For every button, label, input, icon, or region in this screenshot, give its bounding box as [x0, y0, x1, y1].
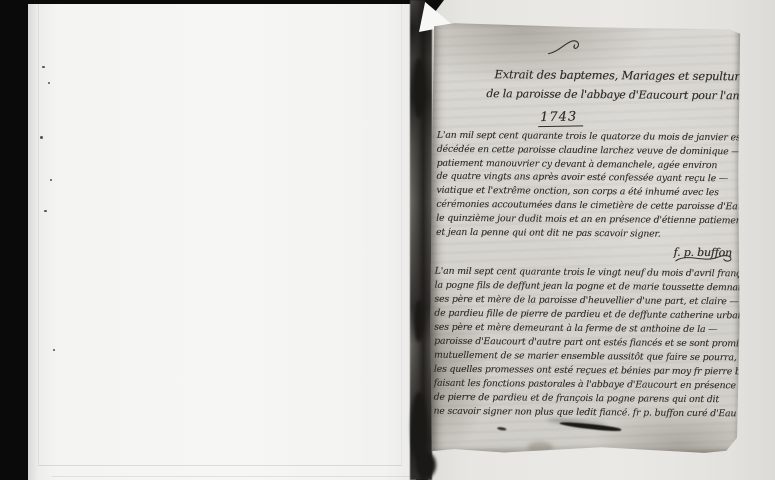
- scan-canvas: Extrait des baptemes, Mariages et sepult…: [0, 0, 775, 480]
- year-heading: 1743: [538, 109, 583, 127]
- speck: [48, 82, 50, 84]
- ink-smudge: [497, 427, 506, 431]
- gutter-blotch: [414, 300, 424, 342]
- speck: [44, 210, 47, 212]
- betrothal-entry: L'an mil sept cent quarante trois le vin…: [433, 265, 765, 422]
- register-title-line-2: de la paroisse de l'abbaye d'Eaucourt po…: [486, 87, 773, 104]
- flourish-mark: [547, 38, 591, 58]
- speck: [50, 179, 52, 181]
- manuscript-text: Extrait des baptemes, Mariages et sepult…: [431, 17, 740, 458]
- signature-paraph: [674, 251, 734, 266]
- speck: [40, 136, 43, 139]
- page-bottom-line: [52, 476, 412, 477]
- signature-row: f. p. buffon: [674, 241, 732, 261]
- register-title-line-1: Extrait des baptemes, Mariages et sepult…: [494, 67, 752, 83]
- burial-entry: L'an mil sept cent quarante trois le qua…: [436, 129, 768, 242]
- gutter-blotch: [413, 58, 425, 118]
- page-edge-line: [38, 4, 402, 466]
- speck: [53, 349, 55, 351]
- manuscript-page: Extrait des baptemes, Mariages et sepult…: [429, 18, 742, 456]
- blank-verso-page: [28, 4, 416, 480]
- ink-smudge: [559, 421, 621, 433]
- gutter-blotch: [416, 452, 436, 478]
- entry-line: ne scavoir signer non plus que ledit fia…: [433, 405, 764, 422]
- speck: [42, 66, 45, 68]
- entry-line: et jean la penne qui ont dit ne pas scav…: [436, 225, 767, 242]
